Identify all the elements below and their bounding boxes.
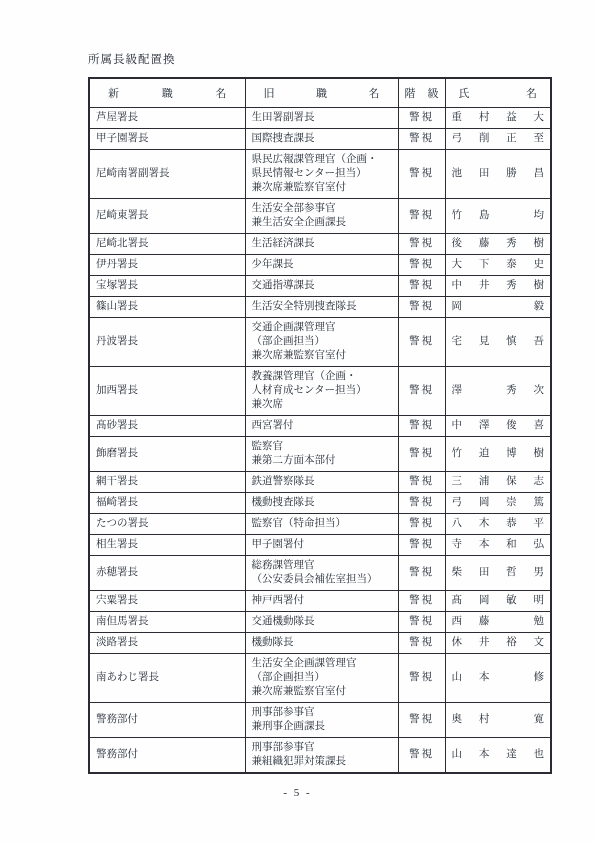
new-post-cell: 網干署長 xyxy=(89,472,245,493)
table-row: 丹波署長 交通企画課管理官 （部企画担当） 兼次席兼監察官室付 警視 宅見慎吾 xyxy=(89,318,551,367)
new-post-cell: 加西署長 xyxy=(89,367,245,416)
table-row: 芦屋署長 生田署副署長 警視 重村益大 xyxy=(89,108,551,129)
new-post-cell: 甲子園署長 xyxy=(89,129,245,150)
table-row: 警務部付 刑事部参事官 兼刑事企画課長 警視 奥村 寛 xyxy=(89,703,551,738)
old-post-cell: 交通企画課管理官 （部企画担当） 兼次席兼監察官室付 xyxy=(245,318,398,367)
old-post-cell: 鉄道警察隊長 xyxy=(245,472,398,493)
new-post-cell: 南あわじ署長 xyxy=(89,654,245,703)
new-post-cell: 南但馬署長 xyxy=(89,612,245,633)
old-post-cell: 神戸西署付 xyxy=(245,591,398,612)
column-header-old-post: 旧 職 名 xyxy=(245,78,398,108)
new-post-cell: 伊丹署長 xyxy=(89,255,245,276)
new-post-cell: 警務部付 xyxy=(89,703,245,738)
name-cell: 山本 修 xyxy=(445,654,551,703)
name-cell: 後藤秀樹 xyxy=(445,234,551,255)
rank-cell: 警視 xyxy=(398,556,445,591)
old-post-cell: 教養課管理官（企画・ 人材育成センター担当） 兼次席 xyxy=(245,367,398,416)
new-post-cell: 尼崎北署長 xyxy=(89,234,245,255)
table-row: 相生署長 甲子園署付 警視 寺本和弘 xyxy=(89,535,551,556)
new-post-cell: 赤穂署長 xyxy=(89,556,245,591)
rank-cell: 警視 xyxy=(398,472,445,493)
old-post-cell: 刑事部参事官 兼組織犯罪対策課長 xyxy=(245,738,398,774)
table-row: 加西署長 教養課管理官（企画・ 人材育成センター担当） 兼次席 警視 澤 秀次 xyxy=(89,367,551,416)
rank-cell: 警視 xyxy=(398,416,445,437)
name-cell: 寺本和弘 xyxy=(445,535,551,556)
table-row: 尼崎東署長 生活安全部参事官 兼生活安全企画課長 警視 竹島 均 xyxy=(89,199,551,234)
name-cell: 池田勝昌 xyxy=(445,150,551,199)
new-post-cell: 髙砂署長 xyxy=(89,416,245,437)
old-post-cell: 刑事部参事官 兼刑事企画課長 xyxy=(245,703,398,738)
new-post-cell: 宝塚署長 xyxy=(89,276,245,297)
table-row: 警務部付 刑事部参事官 兼組織犯罪対策課長 警視 山本達也 xyxy=(89,738,551,774)
old-post-cell: 生活安全部参事官 兼生活安全企画課長 xyxy=(245,199,398,234)
rank-cell: 警視 xyxy=(398,276,445,297)
name-cell: 柴田哲男 xyxy=(445,556,551,591)
table-row: 淡路署長 機動隊長 警視 休井裕文 xyxy=(89,633,551,654)
column-header-rank: 階 級 xyxy=(398,78,445,108)
table-row: 網干署長 鉄道警察隊長 警視 三浦保志 xyxy=(89,472,551,493)
rank-cell: 警視 xyxy=(398,633,445,654)
name-cell: 弓岡崇篤 xyxy=(445,493,551,514)
name-cell: 重村益大 xyxy=(445,108,551,129)
name-cell: 髙岡敏明 xyxy=(445,591,551,612)
name-cell: 竹島 均 xyxy=(445,199,551,234)
new-post-cell: 相生署長 xyxy=(89,535,245,556)
table-row: 南あわじ署長 生活安全企画課管理官 （部企画担当） 兼次席兼監察官室付 警視 山… xyxy=(89,654,551,703)
rank-cell: 警視 xyxy=(398,297,445,318)
name-cell: 中井秀樹 xyxy=(445,276,551,297)
name-cell: 山本達也 xyxy=(445,738,551,774)
page-number: - 5 - xyxy=(0,787,595,799)
table-row: たつの署長 監察官（特命担当） 警視 八木恭平 xyxy=(89,514,551,535)
rank-cell: 警視 xyxy=(398,367,445,416)
table-row: 南但馬署長 交通機動隊長 警視 西藤 勉 xyxy=(89,612,551,633)
new-post-cell: 飾磨署長 xyxy=(89,437,245,472)
name-cell: 宅見慎吾 xyxy=(445,318,551,367)
old-post-cell: 甲子園署付 xyxy=(245,535,398,556)
table-row: 宝塚署長 交通指導課長 警視 中井秀樹 xyxy=(89,276,551,297)
old-post-cell: 機動捜査隊長 xyxy=(245,493,398,514)
new-post-cell: 宍粟署長 xyxy=(89,591,245,612)
column-header-name: 氏 名 xyxy=(445,78,551,108)
old-post-cell: 生田署副署長 xyxy=(245,108,398,129)
rank-cell: 警視 xyxy=(398,199,445,234)
old-post-cell: 県民広報課管理官（企画・ 県民情報センター担当） 兼次席兼監察官室付 xyxy=(245,150,398,199)
name-cell: 八木恭平 xyxy=(445,514,551,535)
name-cell: 竹迫博樹 xyxy=(445,437,551,472)
column-header-new-post: 新 職 名 xyxy=(89,78,245,108)
name-cell: 中澤俊喜 xyxy=(445,416,551,437)
table-row: 尼崎北署長 生活経済課長 警視 後藤秀樹 xyxy=(89,234,551,255)
old-post-cell: 監察官 兼第二方面本部付 xyxy=(245,437,398,472)
table-row: 飾磨署長 監察官 兼第二方面本部付 警視 竹迫博樹 xyxy=(89,437,551,472)
document-title: 所属長級配置換 xyxy=(88,51,176,67)
name-cell: 岡 毅 xyxy=(445,297,551,318)
rank-cell: 警視 xyxy=(398,703,445,738)
table-row: 宍粟署長 神戸西署付 警視 髙岡敏明 xyxy=(89,591,551,612)
rank-cell: 警視 xyxy=(398,129,445,150)
rank-cell: 警視 xyxy=(398,612,445,633)
rank-cell: 警視 xyxy=(398,654,445,703)
new-post-cell: 尼崎東署長 xyxy=(89,199,245,234)
new-post-cell: 尼崎南署副署長 xyxy=(89,150,245,199)
rank-cell: 警視 xyxy=(398,493,445,514)
old-post-cell: 交通指導課長 xyxy=(245,276,398,297)
new-post-cell: 丹波署長 xyxy=(89,318,245,367)
new-post-cell: 芦屋署長 xyxy=(89,108,245,129)
new-post-cell: たつの署長 xyxy=(89,514,245,535)
name-cell: 奥村 寛 xyxy=(445,703,551,738)
old-post-cell: 国際捜査課長 xyxy=(245,129,398,150)
new-post-cell: 篠山署長 xyxy=(89,297,245,318)
old-post-cell: 交通機動隊長 xyxy=(245,612,398,633)
name-cell: 三浦保志 xyxy=(445,472,551,493)
rank-cell: 警視 xyxy=(398,318,445,367)
rank-cell: 警視 xyxy=(398,234,445,255)
rank-cell: 警視 xyxy=(398,514,445,535)
rank-cell: 警視 xyxy=(398,255,445,276)
rank-cell: 警視 xyxy=(398,535,445,556)
rank-cell: 警視 xyxy=(398,591,445,612)
rank-cell: 警視 xyxy=(398,150,445,199)
name-cell: 弓削正至 xyxy=(445,129,551,150)
rank-cell: 警視 xyxy=(398,437,445,472)
old-post-cell: 監察官（特命担当） xyxy=(245,514,398,535)
new-post-cell: 淡路署長 xyxy=(89,633,245,654)
new-post-cell: 福崎署長 xyxy=(89,493,245,514)
document-page: 所属長級配置換 新 職 名 旧 職 名 階 級 氏 名 芦屋署長 生田署副署長 … xyxy=(0,0,595,842)
old-post-cell: 生活経済課長 xyxy=(245,234,398,255)
table-header-row: 新 職 名 旧 職 名 階 級 氏 名 xyxy=(89,78,551,108)
old-post-cell: 生活安全特別捜査隊長 xyxy=(245,297,398,318)
name-cell: 西藤 勉 xyxy=(445,612,551,633)
table-row: 篠山署長 生活安全特別捜査隊長 警視 岡 毅 xyxy=(89,297,551,318)
assignment-table: 新 職 名 旧 職 名 階 級 氏 名 芦屋署長 生田署副署長 警視 重村益大 … xyxy=(88,77,552,774)
old-post-cell: 機動隊長 xyxy=(245,633,398,654)
table-row: 髙砂署長 西宮署付 警視 中澤俊喜 xyxy=(89,416,551,437)
table-row: 尼崎南署副署長 県民広報課管理官（企画・ 県民情報センター担当） 兼次席兼監察官… xyxy=(89,150,551,199)
table-row: 伊丹署長 少年課長 警視 大下泰史 xyxy=(89,255,551,276)
old-post-cell: 少年課長 xyxy=(245,255,398,276)
table-row: 甲子園署長 国際捜査課長 警視 弓削正至 xyxy=(89,129,551,150)
old-post-cell: 総務課管理官 （公安委員会補佐室担当） xyxy=(245,556,398,591)
name-cell: 大下泰史 xyxy=(445,255,551,276)
table-row: 福崎署長 機動捜査隊長 警視 弓岡崇篤 xyxy=(89,493,551,514)
rank-cell: 警視 xyxy=(398,738,445,774)
name-cell: 澤 秀次 xyxy=(445,367,551,416)
old-post-cell: 西宮署付 xyxy=(245,416,398,437)
name-cell: 休井裕文 xyxy=(445,633,551,654)
new-post-cell: 警務部付 xyxy=(89,738,245,774)
table-row: 赤穂署長 総務課管理官 （公安委員会補佐室担当） 警視 柴田哲男 xyxy=(89,556,551,591)
old-post-cell: 生活安全企画課管理官 （部企画担当） 兼次席兼監察官室付 xyxy=(245,654,398,703)
rank-cell: 警視 xyxy=(398,108,445,129)
